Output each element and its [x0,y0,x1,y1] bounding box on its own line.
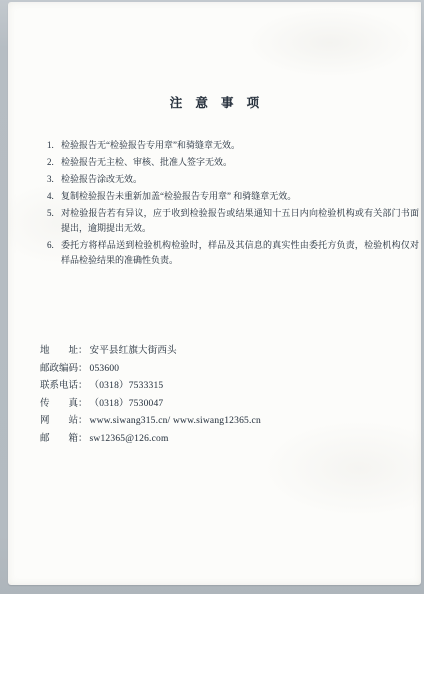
note-number: 4. [47,189,61,204]
canvas-whitespace [0,594,424,700]
postal-code-label: 邮政编码： [40,361,88,379]
postal-code-value: 053600 [90,361,120,379]
note-item: 3. 检验报告涂改无效。 [47,172,419,187]
note-item: 4. 复制检验报告未重新加盖“检验报告专用章” 和骑缝章无效。 [47,189,419,204]
note-text: 委托方将样品送到检验机构检验时，样品及其信息的真实性由委托方负责，检验机构仅对样… [61,238,419,268]
page-title: 注 意 事 项 [8,93,421,111]
note-text: 检验报告无“检验报告专用章”和骑缝章无效。 [61,138,419,153]
note-text: 检验报告无主检、审核、批准人签字无效。 [61,155,419,170]
notes-list: 1. 检验报告无“检验报告专用章”和骑缝章无效。 2. 检验报告无主检、审核、批… [47,138,419,268]
website-value: www.siwang315.cn/ www.siwang12365.cn [90,413,261,431]
note-number: 3. [47,172,61,187]
contact-info: 地 址：安平县红旗大街西头 邮政编码：053600 联系电话：（0318）753… [40,343,421,449]
contact-row-phone: 联系电话：（0318）7533315 [40,378,421,396]
contact-row-website: 网 站：www.siwang315.cn/ www.siwang12365.cn [40,413,421,431]
note-item: 2. 检验报告无主检、审核、批准人签字无效。 [47,155,419,170]
scanner-background: 注 意 事 项 1. 检验报告无“检验报告专用章”和骑缝章无效。 2. 检验报告… [0,0,424,594]
contact-row-address: 地 址：安平县红旗大街西头 [40,343,421,361]
note-text: 检验报告涂改无效。 [61,172,419,187]
email-value: sw12365@126.com [90,431,169,449]
note-number: 2. [47,155,61,170]
phone-label: 联系电话： [40,378,88,396]
phone-value: （0318）7533315 [90,378,164,396]
contact-row-fax: 传 真：（0318）7530047 [40,396,421,414]
note-number: 6. [47,238,61,268]
email-label: 邮 箱： [40,431,88,449]
note-number: 1. [47,138,61,153]
fax-label: 传 真： [40,396,88,414]
contact-row-postal-code: 邮政编码：053600 [40,361,421,379]
note-text: 对检验报告若有异议，应于收到检验报告或结果通知十五日内向检验机构或有关部门书面提… [61,206,419,236]
website-label: 网 站： [40,413,88,431]
contact-row-email: 邮 箱：sw12365@126.com [40,431,421,449]
note-item: 5. 对检验报告若有异议，应于收到检验报告或结果通知十五日内向检验机构或有关部门… [47,206,419,236]
document-page: 注 意 事 项 1. 检验报告无“检验报告专用章”和骑缝章无效。 2. 检验报告… [8,2,421,585]
address-value: 安平县红旗大街西头 [90,343,177,361]
note-item: 1. 检验报告无“检验报告专用章”和骑缝章无效。 [47,138,419,153]
address-label: 地 址： [40,343,88,361]
fax-value: （0318）7530047 [90,396,164,414]
note-item: 6. 委托方将样品送到检验机构检验时，样品及其信息的真实性由委托方负责，检验机构… [47,238,419,268]
note-text: 复制检验报告未重新加盖“检验报告专用章” 和骑缝章无效。 [61,189,419,204]
note-number: 5. [47,206,61,236]
